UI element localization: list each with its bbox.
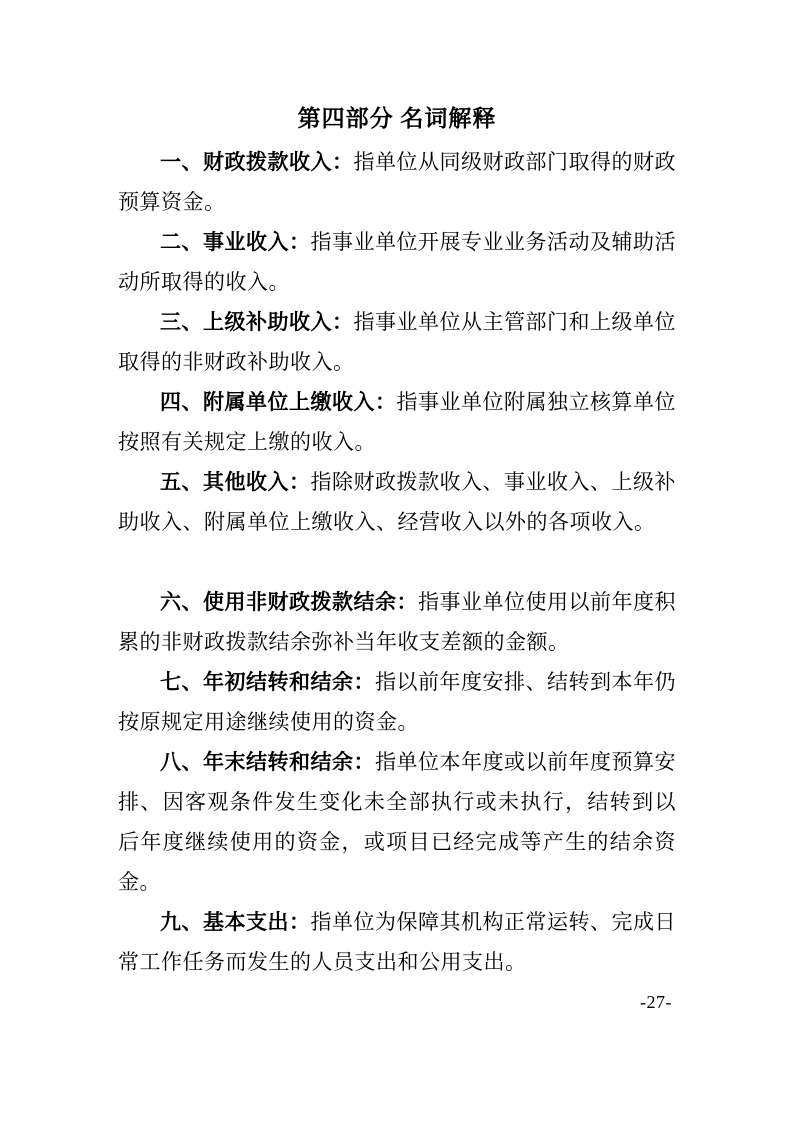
term-label: 八、年末结转和结余： [160,750,375,774]
definition-paragraph: 五、其他收入：指除财政拨款收入、事业收入、上级补助收入、附属单位上缴收入、经营收… [118,462,676,542]
blank-line-spacer [118,542,676,582]
definition-paragraph: 七、年初结转和结余：指以前年度安排、结转到本年仍按原规定用途继续使用的资金。 [118,662,676,742]
definition-paragraph: 三、上级补助收入：指事业单位从主管部门和上级单位取得的非财政补助收入。 [118,302,676,382]
definition-paragraph: 二、事业收入：指事业单位开展专业业务活动及辅助活动所取得的收入。 [118,222,676,302]
definition-paragraph: 八、年末结转和结余：指单位本年度或以前年度预算安排、因客观条件发生变化未全部执行… [118,742,676,902]
definition-paragraph: 六、使用非财政拨款结余：指事业单位使用以前年度积累的非财政拨款结余弥补当年收支差… [118,582,676,662]
term-label: 五、其他收入： [160,470,311,494]
document-page: 第四部分 名词解释 一、财政拨款收入：指单位从同级财政部门取得的财政预算资金。 … [0,0,794,1122]
page-title: 第四部分 名词解释 [118,102,676,136]
definition-paragraph: 九、基本支出：指单位为保障其机构正常运转、完成日常工作任务而发生的人员支出和公用… [118,902,676,982]
definition-paragraph: 四、附属单位上缴收入：指事业单位附属独立核算单位按照有关规定上缴的收入。 [118,382,676,462]
term-label: 九、基本支出： [160,910,311,934]
term-label: 二、事业收入： [160,230,311,254]
term-label: 七、年初结转和结余： [160,670,375,694]
term-label: 一、财政拨款收入： [160,150,354,174]
page-number: -27- [640,990,672,1014]
term-label: 六、使用非财政拨款结余： [160,590,418,614]
term-label: 三、上级补助收入： [160,310,354,334]
term-label: 四、附属单位上缴收入： [160,390,397,414]
definition-paragraph: 一、财政拨款收入：指单位从同级财政部门取得的财政预算资金。 [118,142,676,222]
document-body: 一、财政拨款收入：指单位从同级财政部门取得的财政预算资金。 二、事业收入：指事业… [118,142,676,982]
